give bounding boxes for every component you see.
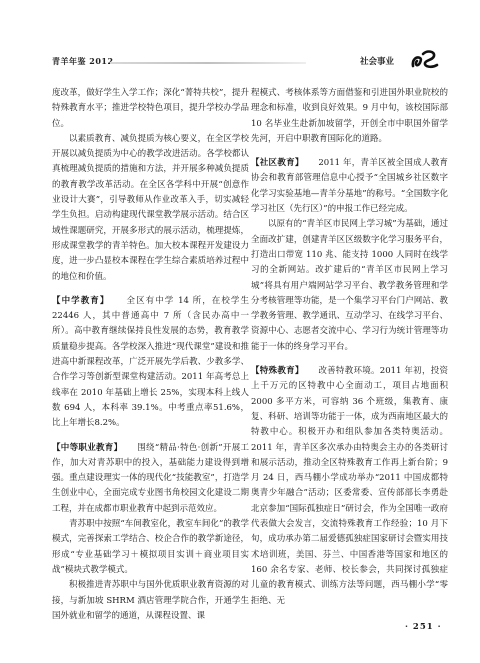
paragraph: 积极推进青苏职中与国外优质职业教育资源的对接，与新加坡 SHRM 酒店管理学院合…	[52, 578, 249, 624]
left-column: 度改革，做好学生入学工作；深化“菁特共校”，提升特殊教育水平；推进学校特色项目，…	[52, 86, 249, 624]
page-number: · 251 ·	[405, 622, 442, 632]
calligraphy-emblem-icon	[410, 48, 440, 70]
paragraph: 青苏职中按照“车间教室化，教室车间化”的教学模式，完善探索工学结合、校企合作的教…	[52, 517, 249, 578]
right-column: 程模式、考核体系等方面借鉴和引进国外职业院校的理念和标准，收到良好效果。9 月中…	[251, 86, 448, 609]
section-body: 改善特教环境。2011 年初，投资上千万元的区特教中心全面动工，项目占地面积 2…	[251, 366, 448, 605]
section-name: 社会事业	[360, 55, 394, 67]
paragraph: 以原有的“青羊区市民网上学习城”为基础，通过全面改扩建，创建青羊区区级数字化学习…	[251, 217, 448, 355]
section-title: 【中等职业教育】	[52, 443, 122, 453]
section-vocational: 【中等职业教育】 围绕“精品·特色·创新”开展工作，加大对青苏职中的投入，基础能…	[52, 441, 249, 517]
section-body: 全区有中学 14 所，在校学生 22446 人，其中普通高中 7 所（含民办高中…	[52, 296, 249, 428]
section-title: 【中学教育】	[52, 296, 109, 306]
section-middle-school: 【中学教育】 全区有中学 14 所，在校学生 22446 人，其中普通高中 7 …	[52, 294, 249, 432]
section-body: 围绕“精品·特色·创新”开展工作，加大对青苏职中的投入，基础能力建设得到增强。重…	[52, 443, 249, 514]
running-header: 青羊年鉴 2012 社会事业	[52, 56, 444, 70]
section-title: 【特殊教育】	[251, 366, 304, 376]
paragraph: 程模式、考核体系等方面借鉴和引进国外职业院校的理念和标准，收到良好效果。9 月中…	[251, 86, 448, 147]
section-community: 【社区教育】 2011 年，青羊区被全国成人教育协会和教育部管理信息中心授予“全…	[251, 156, 448, 217]
paragraph: 度改革，做好学生入学工作；深化“菁特共校”，提升特殊教育水平；推进学校特色项目，…	[52, 86, 249, 132]
section-title: 【社区教育】	[251, 158, 304, 168]
book-title: 青羊年鉴 2012	[52, 56, 114, 67]
paragraph: 以素质教育、减负提质为核心要义，在全区学校开展以减负提质为中心的教学改进活动。各…	[52, 132, 249, 285]
section-special-education: 【特殊教育】 改善特教环境。2011 年初，投资上千万元的区特教中心全面动工，项…	[251, 364, 448, 609]
header-rule	[110, 62, 306, 64]
